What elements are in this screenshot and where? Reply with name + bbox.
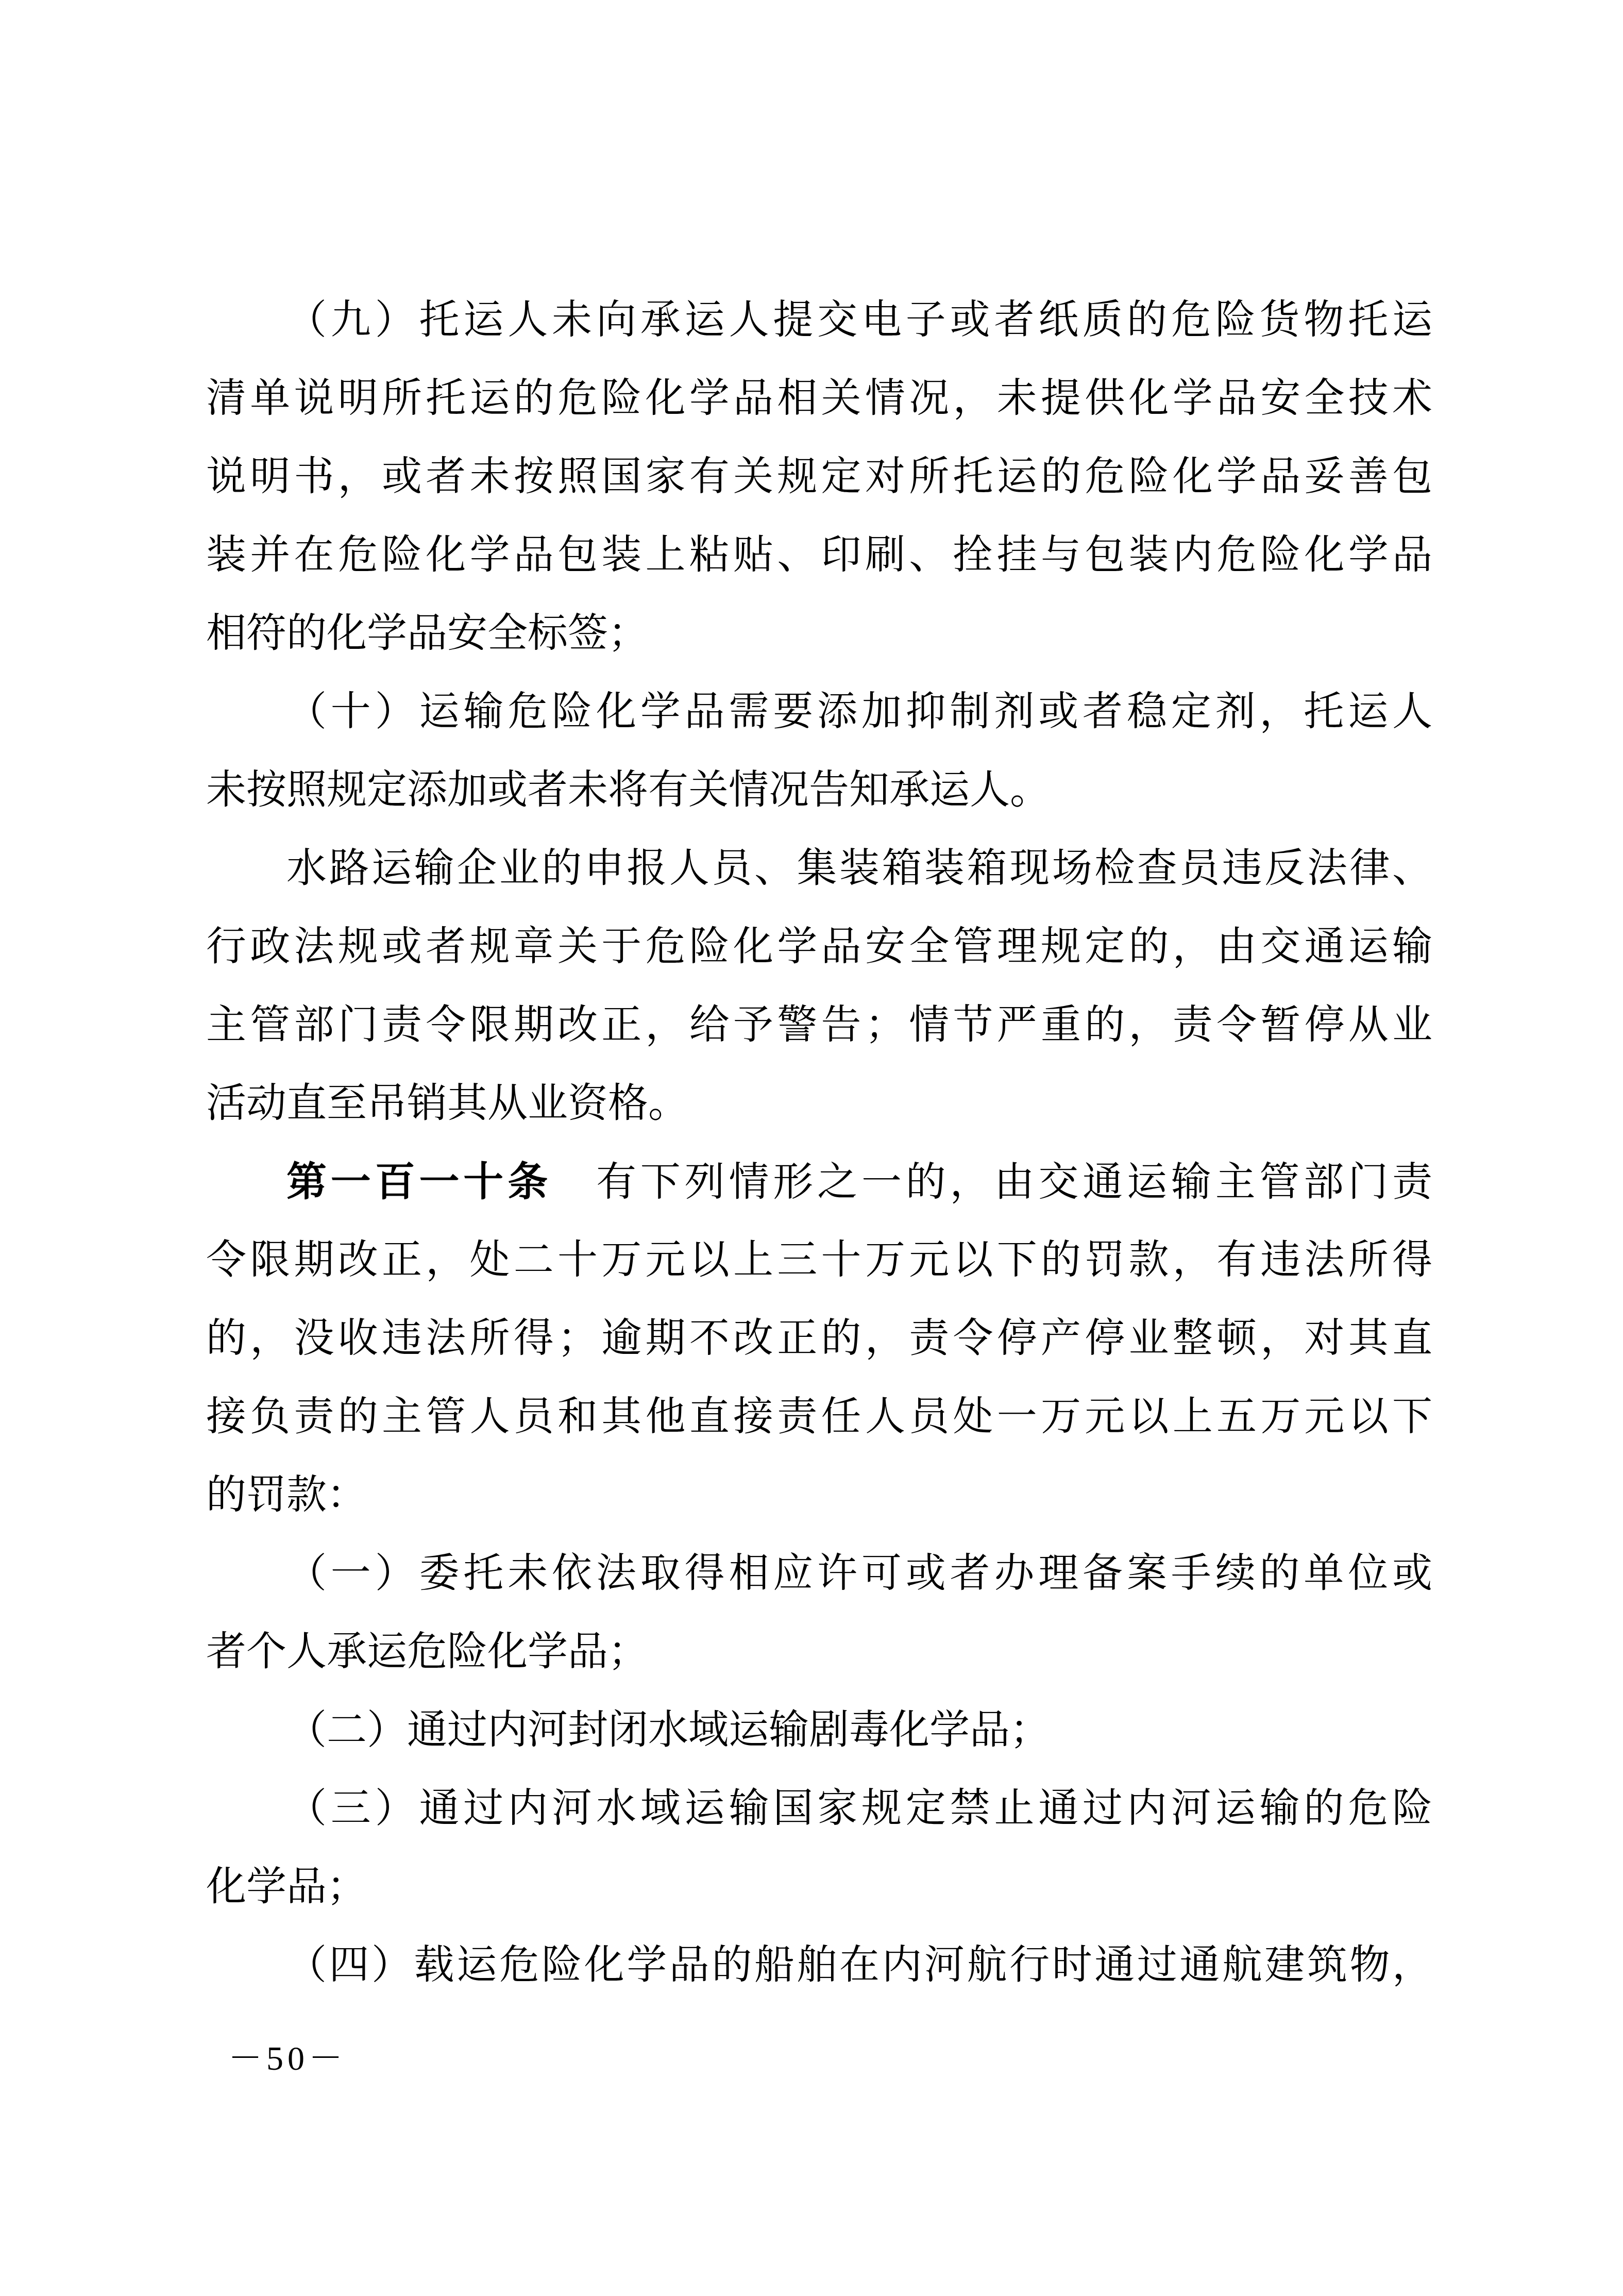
text-line: 的，没收违法所得；逾期不改正的，责令停产停业整顿，对其直 bbox=[206, 1299, 1432, 1378]
text-line: 装并在危险化学品包装上粘贴、印刷、拴挂与包装内危险化学品 bbox=[206, 516, 1432, 594]
page-number: －50－ bbox=[228, 2036, 347, 2082]
text-line: 相符的化学品安全标签； bbox=[206, 594, 1432, 673]
text-block: （九）托运人未向承运人提交电子或者纸质的危险货物托运 清单说明所托运的危险化学品… bbox=[206, 281, 1432, 2004]
text-line: （二）通过内河封闭水域运输剧毒化学品； bbox=[206, 1691, 1432, 1769]
article-body-text: 有下列情形之一的，由交通运输主管部门责 bbox=[552, 1160, 1432, 1204]
text-line: 说明书，或者未按照国家有关规定对所托运的危险化学品妥善包 bbox=[206, 438, 1432, 516]
text-line: 活动直至吊销其从业资格。 bbox=[206, 1064, 1432, 1143]
text-line: 接负责的主管人员和其他直接责任人员处一万元以上五万元以下 bbox=[206, 1378, 1432, 1456]
document-page: （九）托运人未向承运人提交电子或者纸质的危险货物托运 清单说明所托运的危险化学品… bbox=[0, 0, 1623, 2296]
text-line: 第一百一十条 有下列情形之一的，由交通运输主管部门责 bbox=[206, 1143, 1432, 1221]
text-line: 水路运输企业的申报人员、集装箱装箱现场检查员违反法律、 bbox=[206, 829, 1432, 908]
text-line: 未按照规定添加或者未将有关情况告知承运人。 bbox=[206, 751, 1432, 829]
article-number: 第一百一十条 bbox=[286, 1159, 552, 1204]
text-line: 令限期改正，处二十万元以上三十万元以下的罚款，有违法所得 bbox=[206, 1221, 1432, 1299]
text-line: （九）托运人未向承运人提交电子或者纸质的危险货物托运 bbox=[206, 281, 1432, 359]
text-line: 行政法规或者规章关于危险化学品安全管理规定的，由交通运输 bbox=[206, 908, 1432, 986]
text-line: （一）委托未依法取得相应许可或者办理备案手续的单位或 bbox=[206, 1534, 1432, 1613]
text-line: 主管部门责令限期改正，给予警告；情节严重的，责令暂停从业 bbox=[206, 986, 1432, 1064]
text-line: 清单说明所托运的危险化学品相关情况，未提供化学品安全技术 bbox=[206, 359, 1432, 438]
text-line: 的罚款： bbox=[206, 1456, 1432, 1534]
text-line: （四）载运危险化学品的船舶在内河航行时通过通航建筑物， bbox=[206, 1926, 1432, 2004]
text-line: （三）通过内河水域运输国家规定禁止通过内河运输的危险 bbox=[206, 1769, 1432, 1848]
text-line: 化学品； bbox=[206, 1848, 1432, 1926]
text-line: 者个人承运危险化学品； bbox=[206, 1613, 1432, 1691]
text-line: （十）运输危险化学品需要添加抑制剂或者稳定剂，托运人 bbox=[206, 673, 1432, 751]
